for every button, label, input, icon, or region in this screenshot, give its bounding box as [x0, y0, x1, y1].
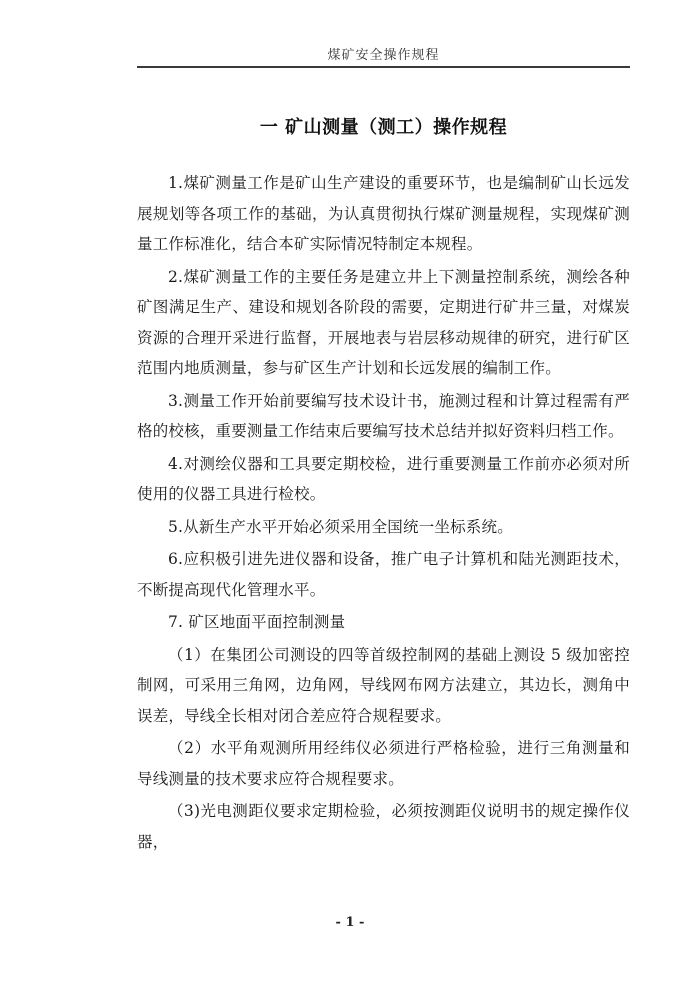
document-body: 1.煤矿测量工作是矿山生产建设的重要环节，也是编制矿山长远发展规划等各项工作的基…	[137, 168, 630, 857]
paragraph-5: 5.从新生产水平开始必须采用全国统一坐标系统。	[137, 512, 630, 543]
paragraph-4: 4.对测绘仪器和工具要定期校检，进行重要测量工作前亦必须对所使用的仪器工具进行检…	[137, 449, 630, 510]
document-title: 一 矿山测量（测工）操作规程	[137, 113, 630, 139]
paragraph-3: 3.测量工作开始前要编写技术设计书，施测过程和计算过程需有严格的校核，重要测量工…	[137, 386, 630, 447]
page-number: - 1 -	[0, 915, 700, 930]
paragraph-7-3: （3)光电测距仪要求定期检验，必须按测距仪说明书的规定操作仪器，	[137, 796, 630, 857]
running-header: 煤矿安全操作规程	[137, 44, 630, 63]
paragraph-7-1: （1）在集团公司测设的四等首级控制网的基础上测设 5 级加密控制网，可采用三角网…	[137, 640, 630, 732]
paragraph-7-heading: 7. 矿区地面平面控制测量	[137, 607, 630, 638]
paragraph-6: 6.应积极引进先进仪器和设备，推广电子计算机和陆光测距技术，不断提高现代化管理水…	[137, 544, 630, 605]
header-divider	[137, 66, 630, 68]
paragraph-7-2: （2）水平角观测所用经纬仪必须进行严格检验，进行三角测量和导线测量的技术要求应符…	[137, 733, 630, 794]
paragraph-1: 1.煤矿测量工作是矿山生产建设的重要环节，也是编制矿山长远发展规划等各项工作的基…	[137, 168, 630, 260]
paragraph-2: 2.煤矿测量工作的主要任务是建立井上下测量控制系统，测绘各种矿图满足生产、建设和…	[137, 262, 630, 384]
